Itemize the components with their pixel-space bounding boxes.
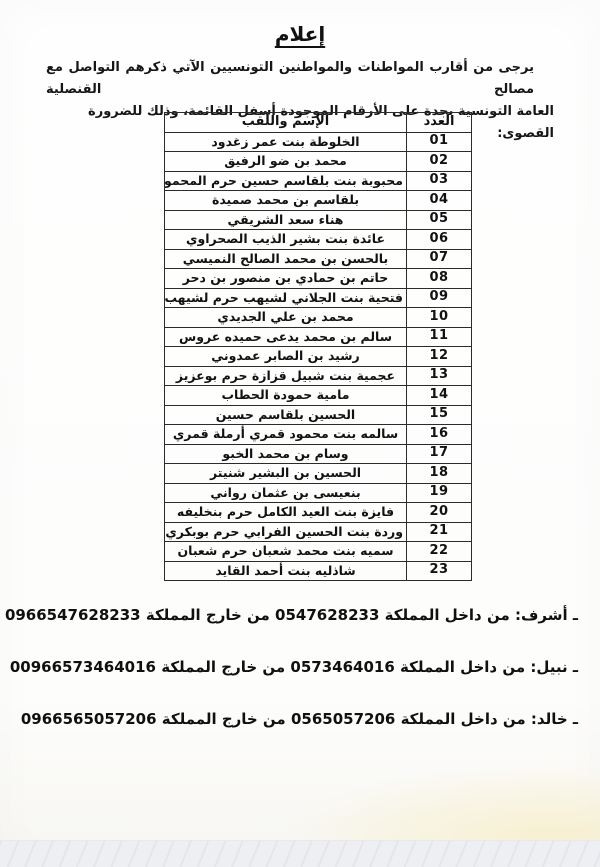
row-name: هناء سعد الشريقي (165, 210, 407, 230)
intro-line-1: يرجى من أقارب المواطنات والمواطنين التون… (46, 57, 554, 101)
row-name: شاذليه بنت أحمد القايد (165, 561, 407, 581)
inside-label: من داخل المملكة (385, 606, 510, 624)
row-number: 01 (407, 132, 472, 152)
row-number: 07 (407, 249, 472, 269)
inside-number: 0573464016 (290, 658, 394, 676)
table-row: 17وسام بن محمد الخبو (165, 444, 472, 464)
row-number: 16 (407, 425, 472, 445)
row-name: سالمه بنت محمود قمري أرملة قمري (165, 425, 407, 445)
row-number: 22 (407, 542, 472, 562)
table-row: 21وردة بنت الحسين الفرابي حرم بوبكري (165, 522, 472, 542)
table-row: 15الحسين بلقاسم حسين (165, 405, 472, 425)
row-number: 02 (407, 152, 472, 172)
table-row: 08حاتم بن حمادي بن منصور بن دحر (165, 269, 472, 289)
row-number: 11 (407, 327, 472, 347)
table-header-row: العدد الإسم واللقب (165, 113, 472, 133)
contact-line-khaled: ـ خالد: من داخل المملكة 0565057206 من خا… (36, 708, 578, 730)
table-row: 18الحسين بن البشير شنيتر (165, 464, 472, 484)
row-name: مامية حمودة الحطاب (165, 386, 407, 406)
inside-label: من داخل المملكة (401, 710, 526, 728)
outside-label: من خارج المملكة (162, 710, 286, 728)
contact-name: ـ أشرف: (515, 606, 578, 624)
row-number: 12 (407, 347, 472, 367)
table-row: 22سميه بنت محمد شعبان حرم شعبان (165, 542, 472, 562)
table-row: 12رشيد بن الصابر عمدوني (165, 347, 472, 367)
row-name: محمد بن علي الجديدي (165, 308, 407, 328)
row-name: محمد بن ضو الرفيق (165, 152, 407, 172)
row-number: 17 (407, 444, 472, 464)
table-row: 16سالمه بنت محمود قمري أرملة قمري (165, 425, 472, 445)
row-number: 13 (407, 366, 472, 386)
row-number: 18 (407, 464, 472, 484)
row-name: الحسين بن البشير شنيتر (165, 464, 407, 484)
row-name: عجمية بنت شبيل قزازة حرم بوعزيز (165, 366, 407, 386)
outside-number: 00966573464016 (10, 658, 156, 676)
row-number: 08 (407, 269, 472, 289)
outside-number: 0966565057206 (21, 710, 157, 728)
row-number: 06 (407, 230, 472, 250)
page-title: إعلام (0, 22, 600, 46)
outside-number: 0966547628233 (5, 606, 141, 624)
table-row: 19بنعيسى بن عثمان رواني (165, 483, 472, 503)
column-header-number: العدد (407, 113, 472, 133)
table-row: 05هناء سعد الشريقي (165, 210, 472, 230)
row-name: فايزة بنت العيد الكامل حرم بنخليفه (165, 503, 407, 523)
row-number: 23 (407, 561, 472, 581)
table-row: 14مامية حمودة الحطاب (165, 386, 472, 406)
document-page: إعلام يرجى من أقارب المواطنات والمواطنين… (0, 0, 600, 867)
row-name: سميه بنت محمد شعبان حرم شعبان (165, 542, 407, 562)
row-number: 14 (407, 386, 472, 406)
inside-label: من داخل المملكة (400, 658, 525, 676)
background-surface (0, 840, 600, 867)
row-name: عائدة بنت بشير الذيب الصحراوي (165, 230, 407, 250)
row-number: 15 (407, 405, 472, 425)
table-row: 11سالم بن محمد يدعى حميده عروس (165, 327, 472, 347)
inside-number: 0565057206 (291, 710, 395, 728)
table-row: 13عجمية بنت شبيل قزازة حرم بوعزيز (165, 366, 472, 386)
row-number: 20 (407, 503, 472, 523)
contact-name: ـ خالد: (531, 710, 578, 728)
row-name: محبوبة بنت بلقاسم حسين حرم المحمودي (165, 171, 407, 191)
table-row: 02محمد بن ضو الرفيق (165, 152, 472, 172)
row-name: وسام بن محمد الخبو (165, 444, 407, 464)
table-row: 01الخلوطة بنت عمر زغدود (165, 132, 472, 152)
row-name: رشيد بن الصابر عمدوني (165, 347, 407, 367)
table-row: 03محبوبة بنت بلقاسم حسين حرم المحمودي (165, 171, 472, 191)
row-name: حاتم بن حمادي بن منصور بن دحر (165, 269, 407, 289)
row-number: 09 (407, 288, 472, 308)
row-name: سالم بن محمد يدعى حميده عروس (165, 327, 407, 347)
contact-line-nabil: ـ نبيل: من داخل المملكة 0573464016 من خا… (36, 656, 578, 678)
table-row: 20فايزة بنت العيد الكامل حرم بنخليفه (165, 503, 472, 523)
row-name: الخلوطة بنت عمر زغدود (165, 132, 407, 152)
row-number: 10 (407, 308, 472, 328)
row-name: فتحية بنت الجلاني لشيهب حرم لشيهب (165, 288, 407, 308)
row-number: 19 (407, 483, 472, 503)
contact-list: ـ أشرف: من داخل المملكة 0547628233 من خا… (36, 604, 578, 760)
row-number: 21 (407, 522, 472, 542)
table-row: 10محمد بن علي الجديدي (165, 308, 472, 328)
table-row: 07بالحسن بن محمد الصالح النميسي (165, 249, 472, 269)
table-row: 09فتحية بنت الجلاني لشيهب حرم لشيهب (165, 288, 472, 308)
contact-line-ashraf: ـ أشرف: من داخل المملكة 0547628233 من خا… (36, 604, 578, 626)
table-row: 23شاذليه بنت أحمد القايد (165, 561, 472, 581)
row-name: وردة بنت الحسين الفرابي حرم بوبكري (165, 522, 407, 542)
outside-label: من خارج المملكة (146, 606, 270, 624)
row-number: 04 (407, 191, 472, 211)
row-name: الحسين بلقاسم حسين (165, 405, 407, 425)
row-name: بنعيسى بن عثمان رواني (165, 483, 407, 503)
row-number: 05 (407, 210, 472, 230)
row-number: 03 (407, 171, 472, 191)
column-header-name: الإسم واللقب (165, 113, 407, 133)
inside-number: 0547628233 (275, 606, 379, 624)
contact-name: ـ نبيل: (530, 658, 578, 676)
outside-label: من خارج المملكة (161, 658, 285, 676)
row-name: بلقاسم بن محمد صميدة (165, 191, 407, 211)
table-row: 04بلقاسم بن محمد صميدة (165, 191, 472, 211)
paper-glow (260, 758, 600, 843)
row-name: بالحسن بن محمد الصالح النميسي (165, 249, 407, 269)
names-table: العدد الإسم واللقب 01الخلوطة بنت عمر زغد… (164, 112, 472, 581)
table-row: 06عائدة بنت بشير الذيب الصحراوي (165, 230, 472, 250)
